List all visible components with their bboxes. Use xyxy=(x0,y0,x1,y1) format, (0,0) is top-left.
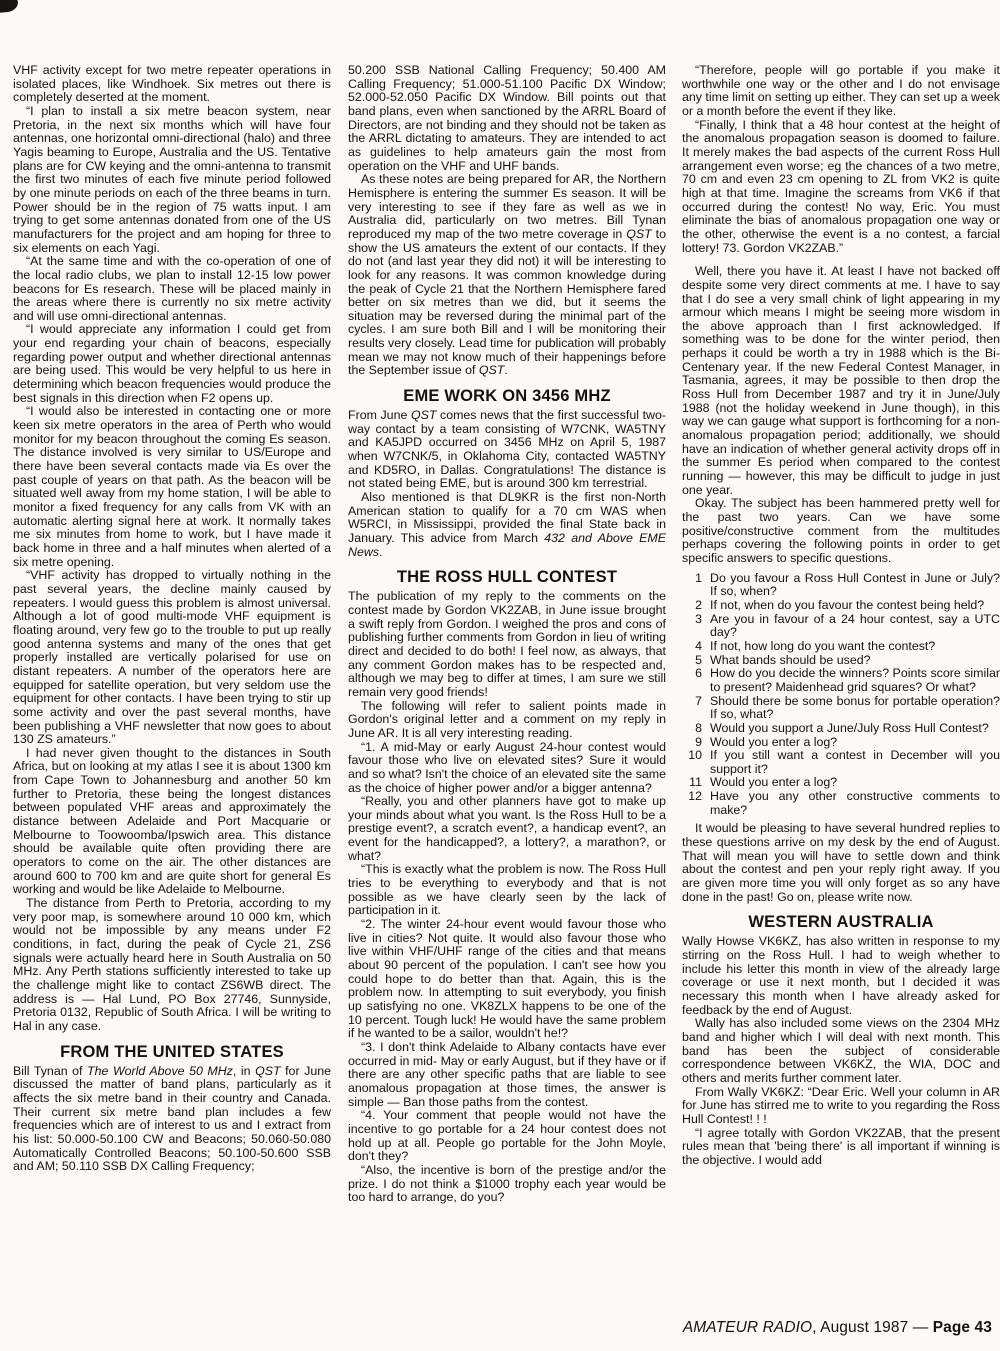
body-paragraph: “Also, the incentive is born of the pres… xyxy=(348,1164,666,1205)
body-paragraph: VHF activity except for two metre repeat… xyxy=(13,64,331,105)
body-paragraph: “I agree totally with Gordon VK2ZAB, tha… xyxy=(682,1127,1000,1168)
question-item: 10If you still want a contest in Decembe… xyxy=(682,749,1000,776)
question-number: 3 xyxy=(682,613,702,627)
question-number: 8 xyxy=(682,722,702,736)
question-number: 1 xyxy=(682,572,702,586)
section-heading: FROM THE UNITED STATES xyxy=(13,1042,331,1062)
italic-text: QST xyxy=(479,363,504,377)
question-text: Do you favour a Ross Hull Contest in Jun… xyxy=(710,571,1000,599)
body-paragraph: As these notes are being prepared for AR… xyxy=(348,173,666,378)
text-run: As these notes are being prepared for AR… xyxy=(348,172,666,241)
body-paragraph: “3. I don't think Adelaide to Albany con… xyxy=(348,1041,666,1109)
body-paragraph: It would be pleasing to have several hun… xyxy=(682,822,1000,904)
body-paragraph: “This is exactly what the problem is now… xyxy=(348,863,666,918)
body-paragraph: Also mentioned is that DL9KR is the firs… xyxy=(348,491,666,559)
body-paragraph: “Really, you and other planners have got… xyxy=(348,795,666,863)
italic-text: The World Above 50 MHz xyxy=(87,1064,233,1078)
text-column-right: “Therefore, people will go portable if y… xyxy=(682,64,1000,1168)
section-heading: EME WORK ON 3456 MHZ xyxy=(348,386,666,406)
question-text: If not, when do you favour the contest b… xyxy=(710,598,984,612)
body-paragraph: “I would appreciate any information I co… xyxy=(13,323,331,405)
question-text: Would you enter a log? xyxy=(710,735,837,749)
question-item: 12Have you any other constructive commen… xyxy=(682,790,1000,817)
body-paragraph: Bill Tynan of The World Above 50 MHz, in… xyxy=(13,1065,331,1174)
body-paragraph: “2. The winter 24-hour event would favou… xyxy=(348,918,666,1041)
section-heading: THE ROSS HULL CONTEST xyxy=(348,567,666,587)
body-paragraph: “Finally, I think that a 48 hour contest… xyxy=(682,119,1000,256)
question-text: Have you any other constructive comments… xyxy=(710,789,1000,817)
question-item: 2If not, when do you favour the contest … xyxy=(682,599,1000,613)
body-paragraph: From June QST comes news that the first … xyxy=(348,409,666,491)
section-heading: WESTERN AUSTRALIA xyxy=(682,912,1000,932)
text-run: . xyxy=(379,545,382,559)
question-list: 1Do you favour a Ross Hull Contest in Ju… xyxy=(682,572,1000,818)
question-item: 7Should there be some bonus for portable… xyxy=(682,695,1000,722)
body-paragraph: I had never given thought to the distanc… xyxy=(13,747,331,897)
question-text: Would you support a June/July Ross Hull … xyxy=(710,721,989,735)
text-run: to show the US amateurs the extent of ou… xyxy=(348,227,666,378)
body-paragraph: “VHF activity has dropped to virtually n… xyxy=(13,569,331,747)
italic-text: QST xyxy=(626,227,651,241)
question-number: 10 xyxy=(682,749,702,763)
question-number: 9 xyxy=(682,736,702,750)
text-run: , in xyxy=(233,1064,255,1078)
question-number: 6 xyxy=(682,667,702,681)
body-paragraph: From Wally VK6KZ: “Dear Eric. Well your … xyxy=(682,1086,1000,1127)
question-number: 5 xyxy=(682,654,702,668)
question-number: 2 xyxy=(682,599,702,613)
body-paragraph: “4. Your comment that people would not h… xyxy=(348,1109,666,1164)
italic-text: QST xyxy=(255,1064,280,1078)
question-number: 7 xyxy=(682,695,702,709)
question-text: Should there be some bonus for portable … xyxy=(710,694,1000,722)
footer-issue-date: , August 1987 — xyxy=(812,1319,933,1336)
body-paragraph: “Therefore, people will go portable if y… xyxy=(682,64,1000,119)
question-item: 4If not, how long do you want the contes… xyxy=(682,640,1000,654)
question-number: 11 xyxy=(682,776,702,790)
question-text: What bands should be used? xyxy=(710,653,871,667)
page-footer: AMATEUR RADIO, August 1987 — Page 43 xyxy=(683,1319,992,1337)
question-item: 1Do you favour a Ross Hull Contest in Ju… xyxy=(682,572,1000,599)
question-item: 5What bands should be used? xyxy=(682,654,1000,668)
question-item: 6How do you decide the winners? Points s… xyxy=(682,667,1000,694)
question-item: 9Would you enter a log? xyxy=(682,736,1000,750)
body-paragraph: The following will refer to salient poin… xyxy=(348,700,666,741)
body-paragraph: “I plan to install a six metre beacon sy… xyxy=(13,105,331,255)
body-paragraph: The publication of my reply to the comme… xyxy=(348,590,666,699)
body-paragraph: “At the same time and with the co-operat… xyxy=(13,255,331,323)
question-item: 11Would you enter a log? xyxy=(682,776,1000,790)
question-number: 12 xyxy=(682,790,702,804)
question-text: Would you enter a log? xyxy=(710,775,837,789)
text-run: . xyxy=(504,363,507,377)
text-run: Bill Tynan of xyxy=(13,1064,87,1078)
question-number: 4 xyxy=(682,640,702,654)
question-text: How do you decide the winners? Points sc… xyxy=(710,666,1000,694)
ink-blot xyxy=(0,0,19,13)
question-text: Are you in favour of a 24 hour contest, … xyxy=(710,612,1000,640)
body-paragraph: Wally has also included some views on th… xyxy=(682,1017,1000,1085)
text-column-left: VHF activity except for two metre repeat… xyxy=(13,64,331,1174)
question-item: 8Would you support a June/July Ross Hull… xyxy=(682,722,1000,736)
question-text: If not, how long do you want the contest… xyxy=(710,639,935,653)
body-paragraph: 50.200 SSB National Calling Frequency; 5… xyxy=(348,64,666,173)
text-run: From June xyxy=(348,408,411,422)
body-paragraph: Well, there you have it. At least I have… xyxy=(682,265,1000,497)
text-column-middle: 50.200 SSB National Calling Frequency; 5… xyxy=(348,64,666,1205)
italic-text: QST xyxy=(411,408,436,422)
body-paragraph: “1. A mid-May or early August 24-hour co… xyxy=(348,741,666,796)
journal-name: AMATEUR RADIO xyxy=(683,1319,812,1336)
question-item: 3Are you in favour of a 24 hour contest,… xyxy=(682,613,1000,640)
body-paragraph: The distance from Perth to Pretoria, acc… xyxy=(13,897,331,1034)
text-run: for June discussed the matter of band pl… xyxy=(13,1064,331,1174)
body-paragraph: “I would also be interested in contactin… xyxy=(13,405,331,569)
magazine-page: VHF activity except for two metre repeat… xyxy=(0,0,1000,1351)
body-paragraph: Wally Howse VK6KZ, has also written in r… xyxy=(682,935,1000,1017)
footer-page-number: Page 43 xyxy=(933,1319,992,1336)
body-paragraph: Okay. The subject has been hammered pret… xyxy=(682,497,1000,565)
question-text: If you still want a contest in December … xyxy=(710,748,1000,776)
